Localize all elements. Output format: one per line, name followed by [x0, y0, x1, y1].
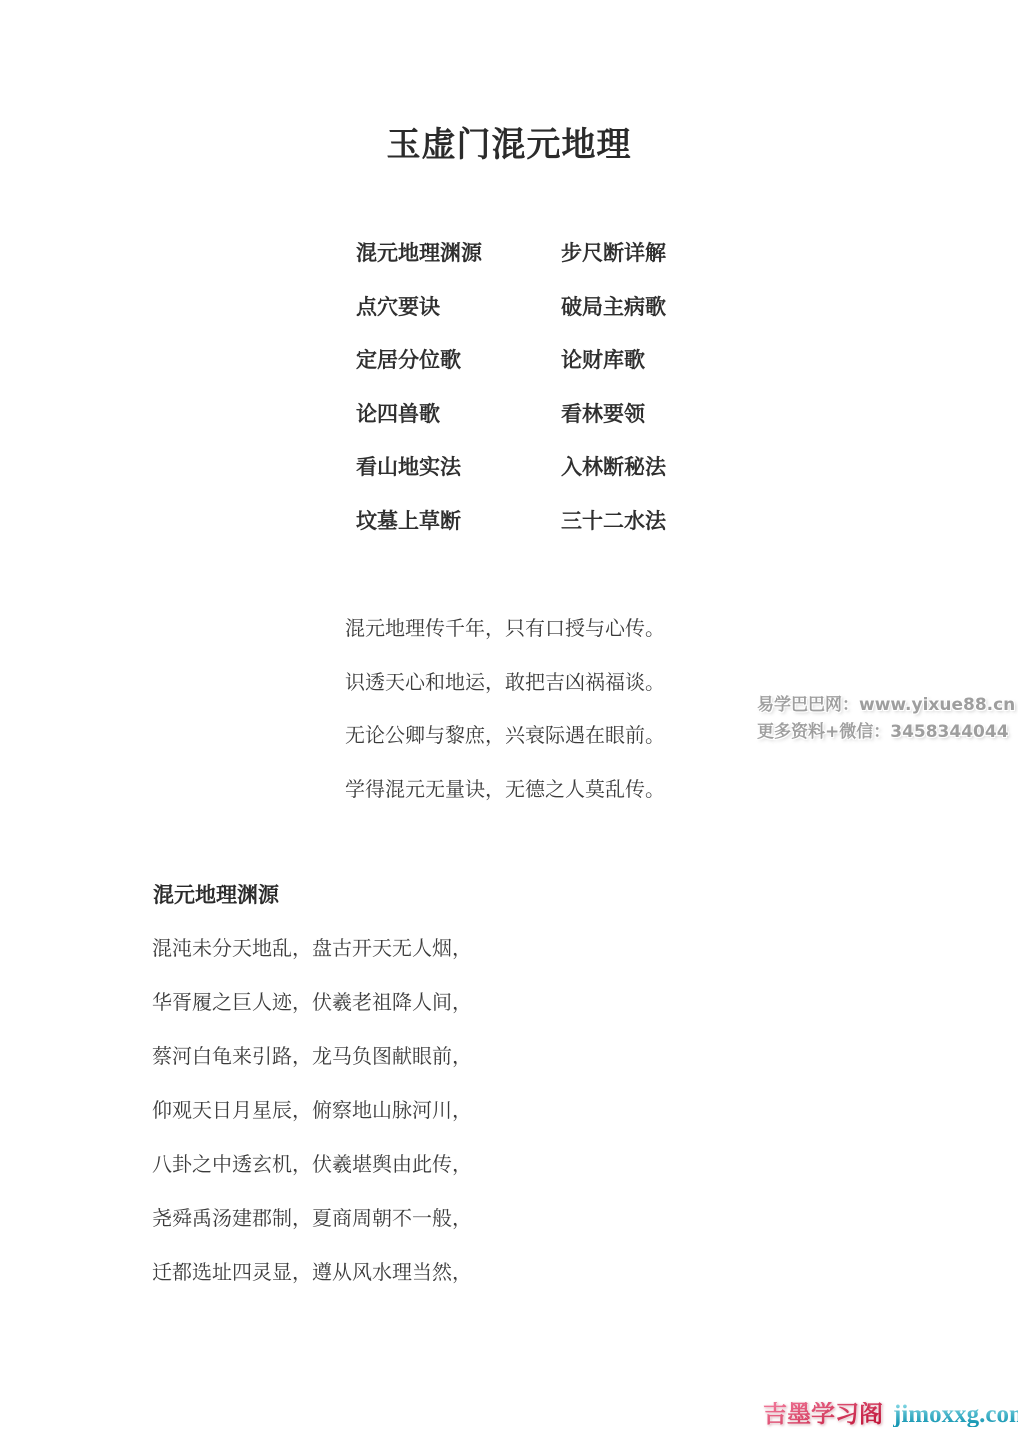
watermark-yixue88: 易学巴巴网：www.yixue88.cn 更多资料+微信：3458344044: [757, 692, 1015, 746]
watermark-contact-line: 更多资料+微信：3458344044: [757, 719, 1015, 746]
toc-item: 混元地理渊源: [356, 243, 482, 264]
footer-domain: jimoxxg.com: [893, 1402, 1018, 1427]
toc-item: 三十二水法: [561, 511, 666, 532]
poem-line: 识透天心和地运，敢把吉凶祸福谈。: [345, 672, 665, 692]
watermark-site-line: 易学巴巴网：www.yixue88.cn: [757, 692, 1015, 719]
verse-line: 八卦之中透玄机，伏羲堪舆由此传，: [152, 1154, 472, 1174]
toc-item: 论四兽歌: [356, 404, 440, 425]
toc-item: 点穴要诀: [356, 297, 440, 318]
watermark-jimoxxg: 吉墨学习阁 jimoxxg.com: [763, 1402, 1018, 1427]
verse-line: 混沌未分天地乱，盘古开天无人烟，: [152, 938, 472, 958]
document-page: 玉虚门混元地理 混元地理渊源 步尺断详解 点穴要诀 破局主病歌 定居分位歌 论财…: [0, 0, 1018, 1440]
toc-item: 看山地实法: [356, 457, 461, 478]
verse-line: 蔡河白龟来引路，龙马负图献眼前，: [152, 1046, 472, 1066]
document-title: 玉虚门混元地理: [0, 128, 1018, 162]
poem-line: 学得混元无量诀，无德之人莫乱传。: [345, 779, 665, 799]
toc-item: 定居分位歌: [356, 350, 461, 371]
verse-line: 迁都选址四灵显，遵从风水理当然，: [152, 1262, 472, 1282]
toc-item: 论财库歌: [561, 350, 645, 371]
poem-line: 无论公卿与黎庶，兴衰际遇在眼前。: [345, 725, 665, 745]
section-heading: 混元地理渊源: [153, 885, 279, 906]
verse-line: 华胥履之巨人迹，伏羲老祖降人间，: [152, 992, 472, 1012]
toc-item: 步尺断详解: [561, 243, 666, 264]
poem-line: 混元地理传千年，只有口授与心传。: [345, 618, 665, 638]
footer-brand: 吉墨学习阁: [763, 1402, 883, 1426]
toc-item: 入林断秘法: [561, 457, 666, 478]
toc-item: 看林要领: [561, 404, 645, 425]
verse-line: 尧舜禹汤建郡制，夏商周朝不一般，: [152, 1208, 472, 1228]
toc-item: 坟墓上草断: [356, 511, 461, 532]
toc-item: 破局主病歌: [561, 297, 666, 318]
verse-line: 仰观天日月星辰，俯察地山脉河川，: [152, 1100, 472, 1120]
